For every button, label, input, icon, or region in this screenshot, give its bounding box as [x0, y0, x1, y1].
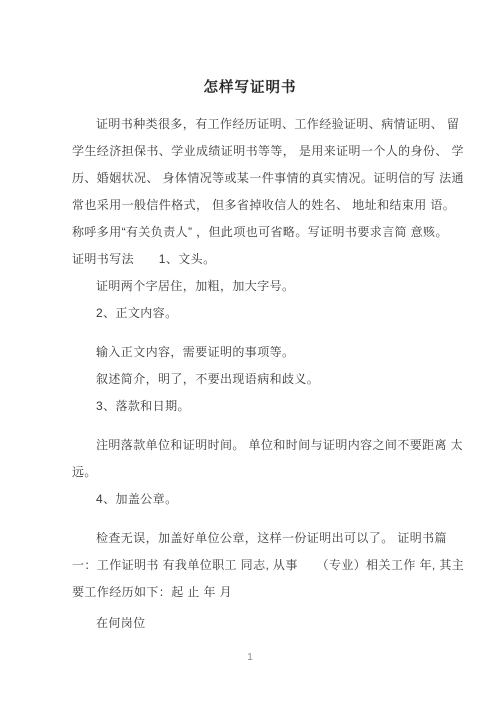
text-line: 称呼多用“有关负责人” ，但此项也可省略。写证明书要求言简 意赅。 — [72, 219, 436, 246]
text-line: 输入正文内容，需要证明的事项等。 — [72, 339, 436, 366]
text-line: 一：工作证明书 有我单位职工 同志, 从事 （专业）相关工作 年, 其主 — [72, 552, 436, 579]
text-line: 3、落款和日期。 — [72, 393, 436, 420]
text-line: 在何岗位 — [72, 610, 436, 637]
text-line: 远。 — [72, 459, 436, 486]
text-line: 叙述简介，明了，不要出现语病和歧义。 — [72, 366, 436, 393]
text-line: 要工作经历如下：起 止 年 月 — [72, 579, 436, 606]
text-line: 注明落款单位和证明时间。 单位和时间与证明内容之间不要距离 太 — [72, 432, 436, 459]
document-page: 怎样写证明书 证明书种类很多，有工作经历证明、工作经验证明、病情证明、 留 学生… — [0, 0, 500, 708]
text-line: 历、婚姻状况、 身体情况等或某一件事情的真实情况。证明信的写 法通 — [72, 165, 436, 192]
text-line: 4、加盖公章。 — [72, 486, 436, 513]
page-number: 1 — [0, 651, 500, 665]
document-title: 怎样写证明书 — [0, 78, 500, 98]
text-line: 2、正文内容。 — [72, 300, 436, 327]
text-line: 学生经济担保书、学业成绩证明书等等， 是用来证明一个人的身份、 学 — [72, 138, 436, 165]
text-line: 常也采用一般信件格式， 但多省掉收信人的姓名、 地址和结束用 语。 — [72, 192, 436, 219]
text-line: 证明两个字居住，加粗，加大字号。 — [72, 273, 436, 300]
document-body: 证明书种类很多，有工作经历证明、工作经验证明、病情证明、 留 学生经济担保书、学… — [0, 111, 500, 637]
text-line: 证明书种类很多，有工作经历证明、工作经验证明、病情证明、 留 — [72, 111, 436, 138]
text-line: 证明书写法 1、文头。 — [72, 246, 436, 273]
text-line: 检查无误，加盖好单位公章，这样一份证明出可以了。 证明书篇 — [72, 525, 436, 552]
